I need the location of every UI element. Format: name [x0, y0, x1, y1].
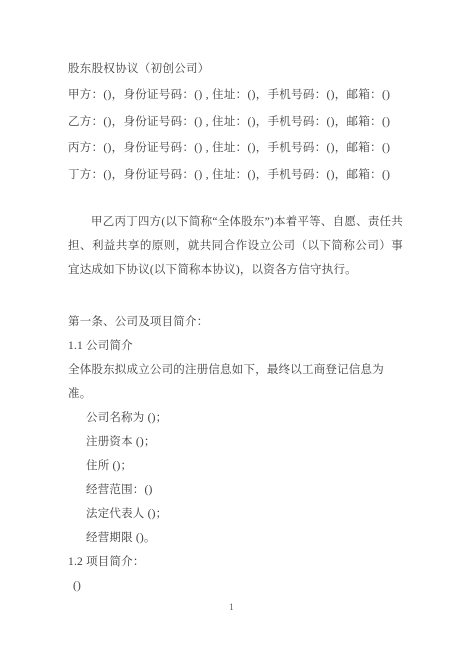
reg-item-business-scope: 经营范围：() [68, 478, 403, 502]
reg-item-legal-representative: 法定代表人 ()； [68, 502, 403, 526]
party-line-jia: 甲方：()，身份证号码：() , 住址：()，手机号码：()，邮箱：() [68, 82, 403, 109]
section-1-heading: 第一条、公司及项目简介： [68, 310, 403, 334]
reg-item-domicile: 住所 ()； [68, 454, 403, 478]
party-line-bing: 丙方：()，身份证号码：() , 住址：()，手机号码：()，邮箱：() [68, 135, 403, 162]
document-title: 股东股权协议（初创公司） [68, 56, 403, 82]
registration-intro: 全体股东拟成立公司的注册信息如下，最终以工商登记信息为准。 [68, 358, 403, 406]
document-content: 股东股权协议（初创公司） 甲方：()，身份证号码：() , 住址：()，手机号码… [0, 0, 463, 598]
blank-line [68, 188, 403, 210]
reg-item-registered-capital: 注册资本 ()； [68, 430, 403, 454]
document-page: 股东股权协议（初创公司） 甲方：()，身份证号码：() , 住址：()，手机号码… [0, 0, 463, 655]
reg-item-operating-term: 经营期限 ()。 [68, 526, 403, 550]
party-line-ding: 丁方：()，身份证号码：() , 住址：()，手机号码：()，邮箱：() [68, 162, 403, 189]
preamble-paragraph: 甲乙丙丁四方(以下简称“全体股东”)本着平等、自愿、责任共担、利益共享的原则，就… [68, 210, 403, 282]
clause-1-2-heading: 1.2 项目简介： [68, 550, 403, 574]
clause-1-2-content: () [68, 574, 403, 598]
section-1: 第一条、公司及项目简介： 1.1 公司简介 全体股东拟成立公司的注册信息如下，最… [68, 310, 403, 598]
clause-1-1-heading: 1.1 公司简介 [68, 334, 403, 358]
reg-item-company-name: 公司名称为 ()； [68, 406, 403, 430]
blank-line [68, 282, 403, 310]
page-number: 1 [0, 601, 463, 613]
party-line-yi: 乙方：()，身份证号码：() , 住址：()，手机号码：()，邮箱：() [68, 109, 403, 136]
